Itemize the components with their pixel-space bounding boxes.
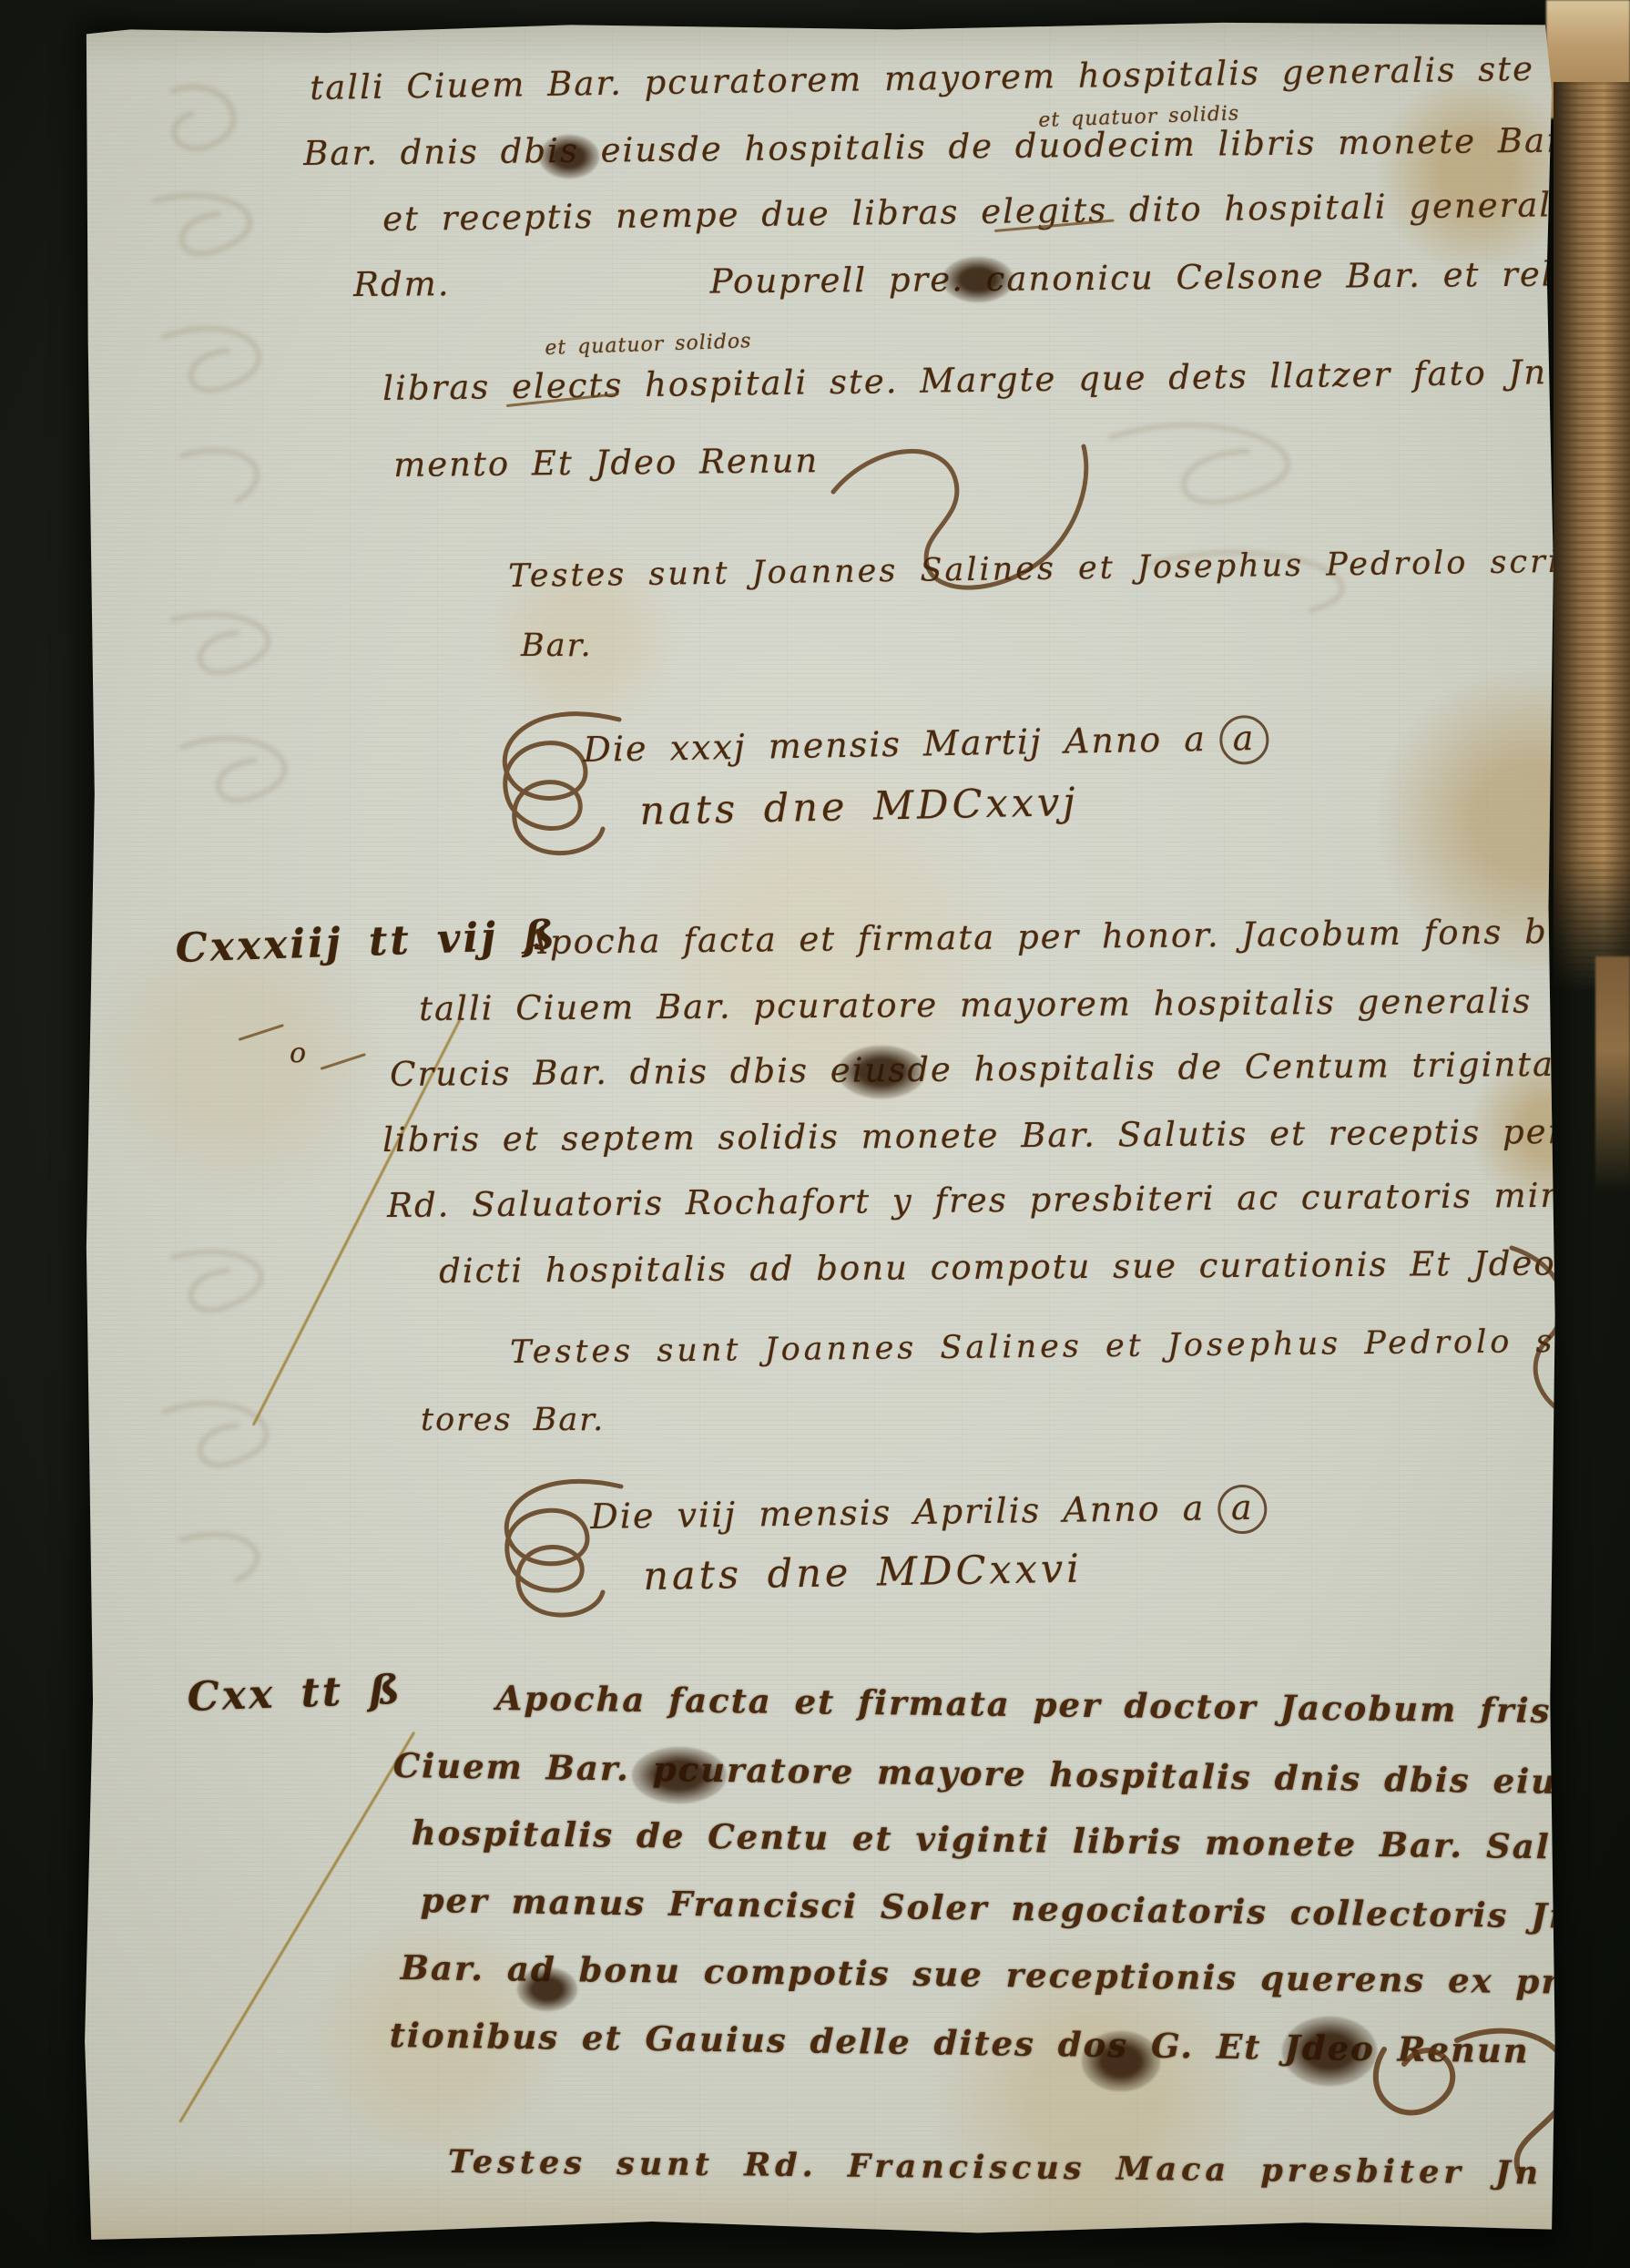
entry3-line4: per manus Francisci Soler negociatoris c… — [420, 1884, 1630, 1936]
entry2-line2: talli Ciuem Bar. pcuratore mayorem hospi… — [419, 984, 1623, 1026]
bleedthrough-mark — [137, 583, 373, 874]
entry3-witness-line1: Testes sunt Rd. Franciscus Maca presbite… — [448, 2146, 1543, 2190]
date-calligraphic-knot — [475, 1461, 667, 1634]
entry1-witness-line2: Bar. — [521, 630, 593, 662]
book-fore-edge-sliver — [1595, 956, 1630, 1193]
entry2-line5: Rd. Saluatoris Rochafort y fres presbite… — [387, 1178, 1630, 1222]
date-calligraphic-knot — [474, 692, 665, 874]
margin-dash — [321, 1053, 366, 1070]
margin-dash — [239, 1024, 284, 1041]
entry2-witness-line1: Testes sunt Joannes Salines et Josephus … — [510, 1325, 1630, 1369]
entry3-line3: hospitalis de Centu et viginti libris mo… — [412, 1816, 1630, 1864]
entry2-line3: Crucis Bar. dnis dbis eiusde hospitalis … — [390, 1047, 1630, 1091]
entry1-line1: talli Ciuem Bar. pcuratorem mayorem hosp… — [310, 49, 1630, 105]
entry1-line2: Bar. dnis dbis eiusde hospitalis de duod… — [303, 122, 1630, 170]
photograph-background: talli Ciuem Bar. pcuratorem mayorem hosp… — [0, 0, 1630, 2268]
entry1-interlinear-insertion2: et quatuor solidos — [545, 332, 752, 359]
ink-blot — [632, 1747, 727, 1803]
entry2-date-text: Die viij mensis Aprilis Anno a — [590, 1488, 1206, 1537]
entry1-date-text: Die xxxj mensis Martij Anno a — [583, 719, 1207, 770]
entry3-line2: Ciuem Bar. pcuratore mayore hospitalis d… — [392, 1749, 1630, 1800]
ink-blot — [1282, 2017, 1377, 2086]
entry1-date-circled-a: a — [1218, 715, 1268, 765]
entry2-date-line: Die viij mensis Aprilis Anno aa — [590, 1485, 1268, 1543]
ink-blot — [539, 135, 599, 179]
entry2-margin-mark: o — [290, 1040, 308, 1068]
bleedthrough-mark — [127, 1211, 346, 1594]
entry1-witness-line1: Testes sunt Joannes Salines et Josephus … — [508, 545, 1630, 593]
margin-check-slash — [178, 1732, 415, 2123]
entry3-line1: Apocha facta et firmata per doctor Jacob… — [496, 1681, 1630, 1732]
entry1-date-line: Die xxxj mensis Martij Anno aa — [583, 715, 1268, 776]
entry3-margin-amount: Cxx tt ß — [187, 1670, 403, 1718]
ink-blot — [1082, 2031, 1160, 2091]
entry1-line6: mento Et Jdeo Renun — [393, 444, 819, 482]
entry2-line4: libris et septem solidis monete Bar. Sal… — [382, 1114, 1630, 1157]
ink-blot — [942, 257, 1014, 302]
manuscript-page: talli Ciuem Bar. pcuratorem mayorem hosp… — [0, 0, 1630, 2268]
entry1-date-year: nats dne MDCxxvj — [639, 783, 1079, 832]
ink-blot — [838, 1046, 925, 1098]
book-fore-edge — [1554, 82, 1630, 993]
entry2-line1: Apocha facta et firmata per honor. Jacob… — [524, 913, 1630, 959]
entry2-line6: dicti hospitalis ad bonu compotu sue cur… — [439, 1245, 1630, 1288]
ink-blot — [517, 1967, 577, 2011]
entry2-date-circled-a: a — [1217, 1485, 1268, 1535]
entry2-witness-line2: tores Bar. — [421, 1405, 605, 1436]
entry2-date-year: nats dne MDCxxvi — [643, 1550, 1083, 1597]
entry2-margin-amount: Cxxxiij tt vij ß — [175, 915, 558, 969]
